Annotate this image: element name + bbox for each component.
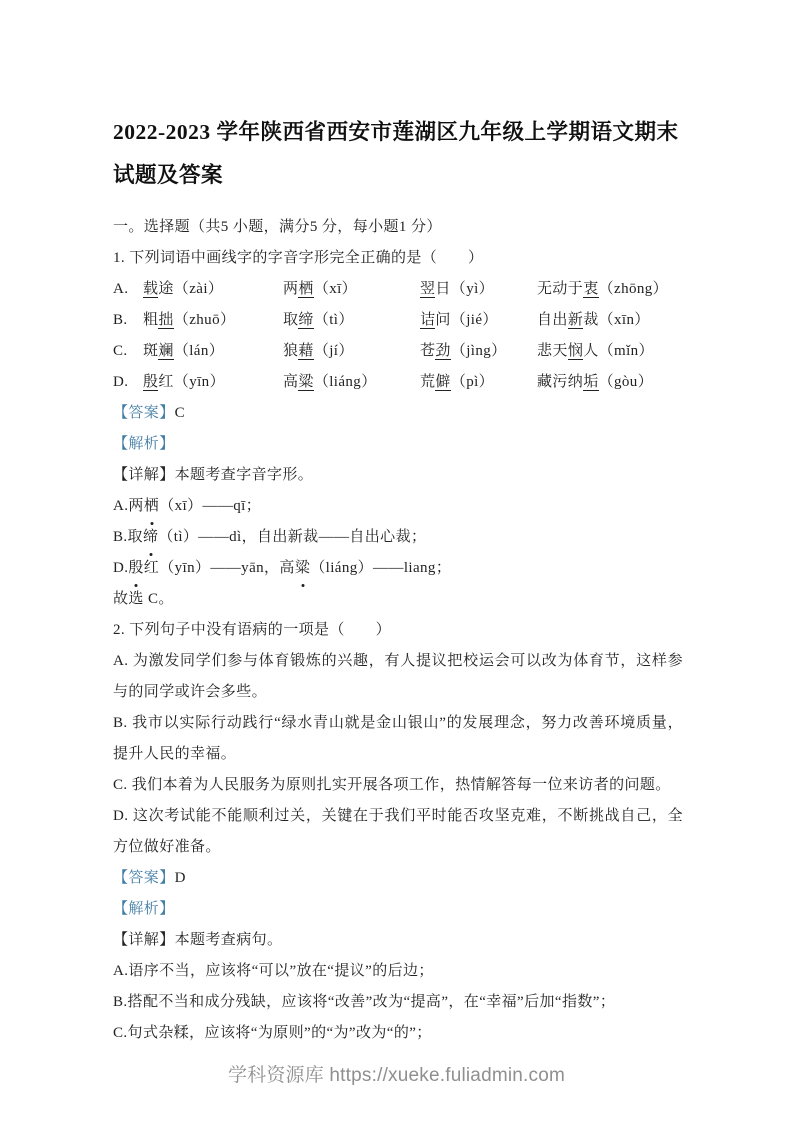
option-word: 两栖（xī） xyxy=(283,274,420,305)
answer-value: C xyxy=(175,405,185,421)
analysis-label: 【解析】 xyxy=(113,901,175,917)
option-word: 苍劲（jìng） xyxy=(420,336,537,367)
option-word: 诘问（jié） xyxy=(420,305,537,336)
option-word: 殷红（yīn） xyxy=(143,367,283,398)
document-title: 2022-2023 学年陕西省西安市莲湖区九年级上学期语文期末 试题及答案 xyxy=(113,111,683,197)
option-word: 高粱（liáng） xyxy=(283,367,420,398)
option-word: 斑斓（lán） xyxy=(143,336,283,367)
answer-label: 【答案】 xyxy=(113,870,175,886)
section-heading: 一。选择题（共5 小题，满分5 分，每小题1 分） xyxy=(113,212,683,243)
document-title-line1: 2022-2023 学年陕西省西安市莲湖区九年级上学期语文期末 xyxy=(113,111,683,154)
option-word: 狼藉（jí） xyxy=(283,336,420,367)
question2-option-b: B. 我市以实际行动践行“绿水青山就是金山银山”的发展理念，努力改善环境质量，提… xyxy=(113,708,683,770)
question1-stem: 1. 下列词语中画线字的字音字形完全正确的是（ ） xyxy=(113,243,683,274)
question1-detail-line: B.取缔（tì）——dì，自出新裁——自出心裁； xyxy=(113,522,683,553)
document-body: 2022-2023 学年陕西省西安市莲湖区九年级上学期语文期末 试题及答案 一。… xyxy=(0,0,793,1049)
question2-stem: 2. 下列句子中没有语病的一项是（ ） xyxy=(113,615,683,646)
question1-option-row-c: C. 斑斓（lán） 狼藉（jí） 苍劲（jìng） 悲天悯人（mǐn） xyxy=(113,336,683,367)
question1-option-row-b: B. 粗拙（zhuō） 取缔（tì） 诘问（jié） 自出新裁（xīn） xyxy=(113,305,683,336)
question2-option-d: D. 这次考试能不能顺利过关，关键在于我们平时能否攻坚克难，不断挑战自己，全方位… xyxy=(113,801,683,863)
question2-answer-line: 【答案】D xyxy=(113,863,683,894)
option-word: 无动于衷（zhōng） xyxy=(537,274,683,305)
question2-option-a: A. 为激发同学们参与体育锻炼的兴趣，有人提议把校运会可以改为体育节，这样参与的… xyxy=(113,646,683,708)
answer-label: 【答案】 xyxy=(113,405,175,421)
option-word: 载途（zài） xyxy=(143,274,283,305)
question1-detail-line: D.殷红（yīn）——yān，高粱（liáng）——liang； xyxy=(113,553,683,584)
question1-option-row-a: A. 载途（zài） 两栖（xī） 翌日（yì） 无动于衷（zhōng） xyxy=(113,274,683,305)
watermark-footer-link: 学科资源库 https://xueke.fuliadmin.com xyxy=(0,1060,793,1087)
question2-detail-line: C.句式杂糅，应该将“为原则”的“为”改为“的”； xyxy=(113,1018,683,1049)
question2-detail-line: B.搭配不当和成分残缺，应该将“改善”改为“提高”，在“幸福”后加“指数”； xyxy=(113,987,683,1018)
question1-detail-intro: 【详解】本题考查字音字形。 xyxy=(113,460,683,491)
question2-analysis-line: 【解析】 xyxy=(113,894,683,925)
option-label: B. xyxy=(113,305,143,336)
option-word: 翌日（yì） xyxy=(420,274,537,305)
option-word: 粗拙（zhuō） xyxy=(143,305,283,336)
option-label: A. xyxy=(113,274,143,305)
option-label: D. xyxy=(113,367,143,398)
question2-option-c: C. 我们本着为人民服务为原则扎实开展各项工作，热情解答每一位来访者的问题。 xyxy=(113,770,683,801)
option-word: 悲天悯人（mǐn） xyxy=(537,336,683,367)
question1-option-row-d: D. 殷红（yīn） 高粱（liáng） 荒僻（pì） 藏污纳垢（gòu） xyxy=(113,367,683,398)
option-label: C. xyxy=(113,336,143,367)
question1-conclusion: 故选 C。 xyxy=(113,584,683,615)
exam-document-page: { "colors": { "accent": "#407ca4", "body… xyxy=(0,0,793,1122)
option-word: 藏污纳垢（gòu） xyxy=(537,367,683,398)
option-word: 取缔（tì） xyxy=(283,305,420,336)
analysis-label: 【解析】 xyxy=(113,436,175,452)
document-title-line2: 试题及答案 xyxy=(113,154,683,197)
option-word: 荒僻（pì） xyxy=(420,367,537,398)
question2-detail-line: A.语序不当，应该将“可以”放在“提议”的后边； xyxy=(113,956,683,987)
question1-answer-line: 【答案】C xyxy=(113,398,683,429)
question1-detail-line: A.两栖（xī）——qī； xyxy=(113,491,683,522)
question2-detail-intro: 【详解】本题考查病句。 xyxy=(113,925,683,956)
option-word: 自出新裁（xīn） xyxy=(537,305,683,336)
question1-analysis-line: 【解析】 xyxy=(113,429,683,460)
answer-value: D xyxy=(175,870,186,886)
